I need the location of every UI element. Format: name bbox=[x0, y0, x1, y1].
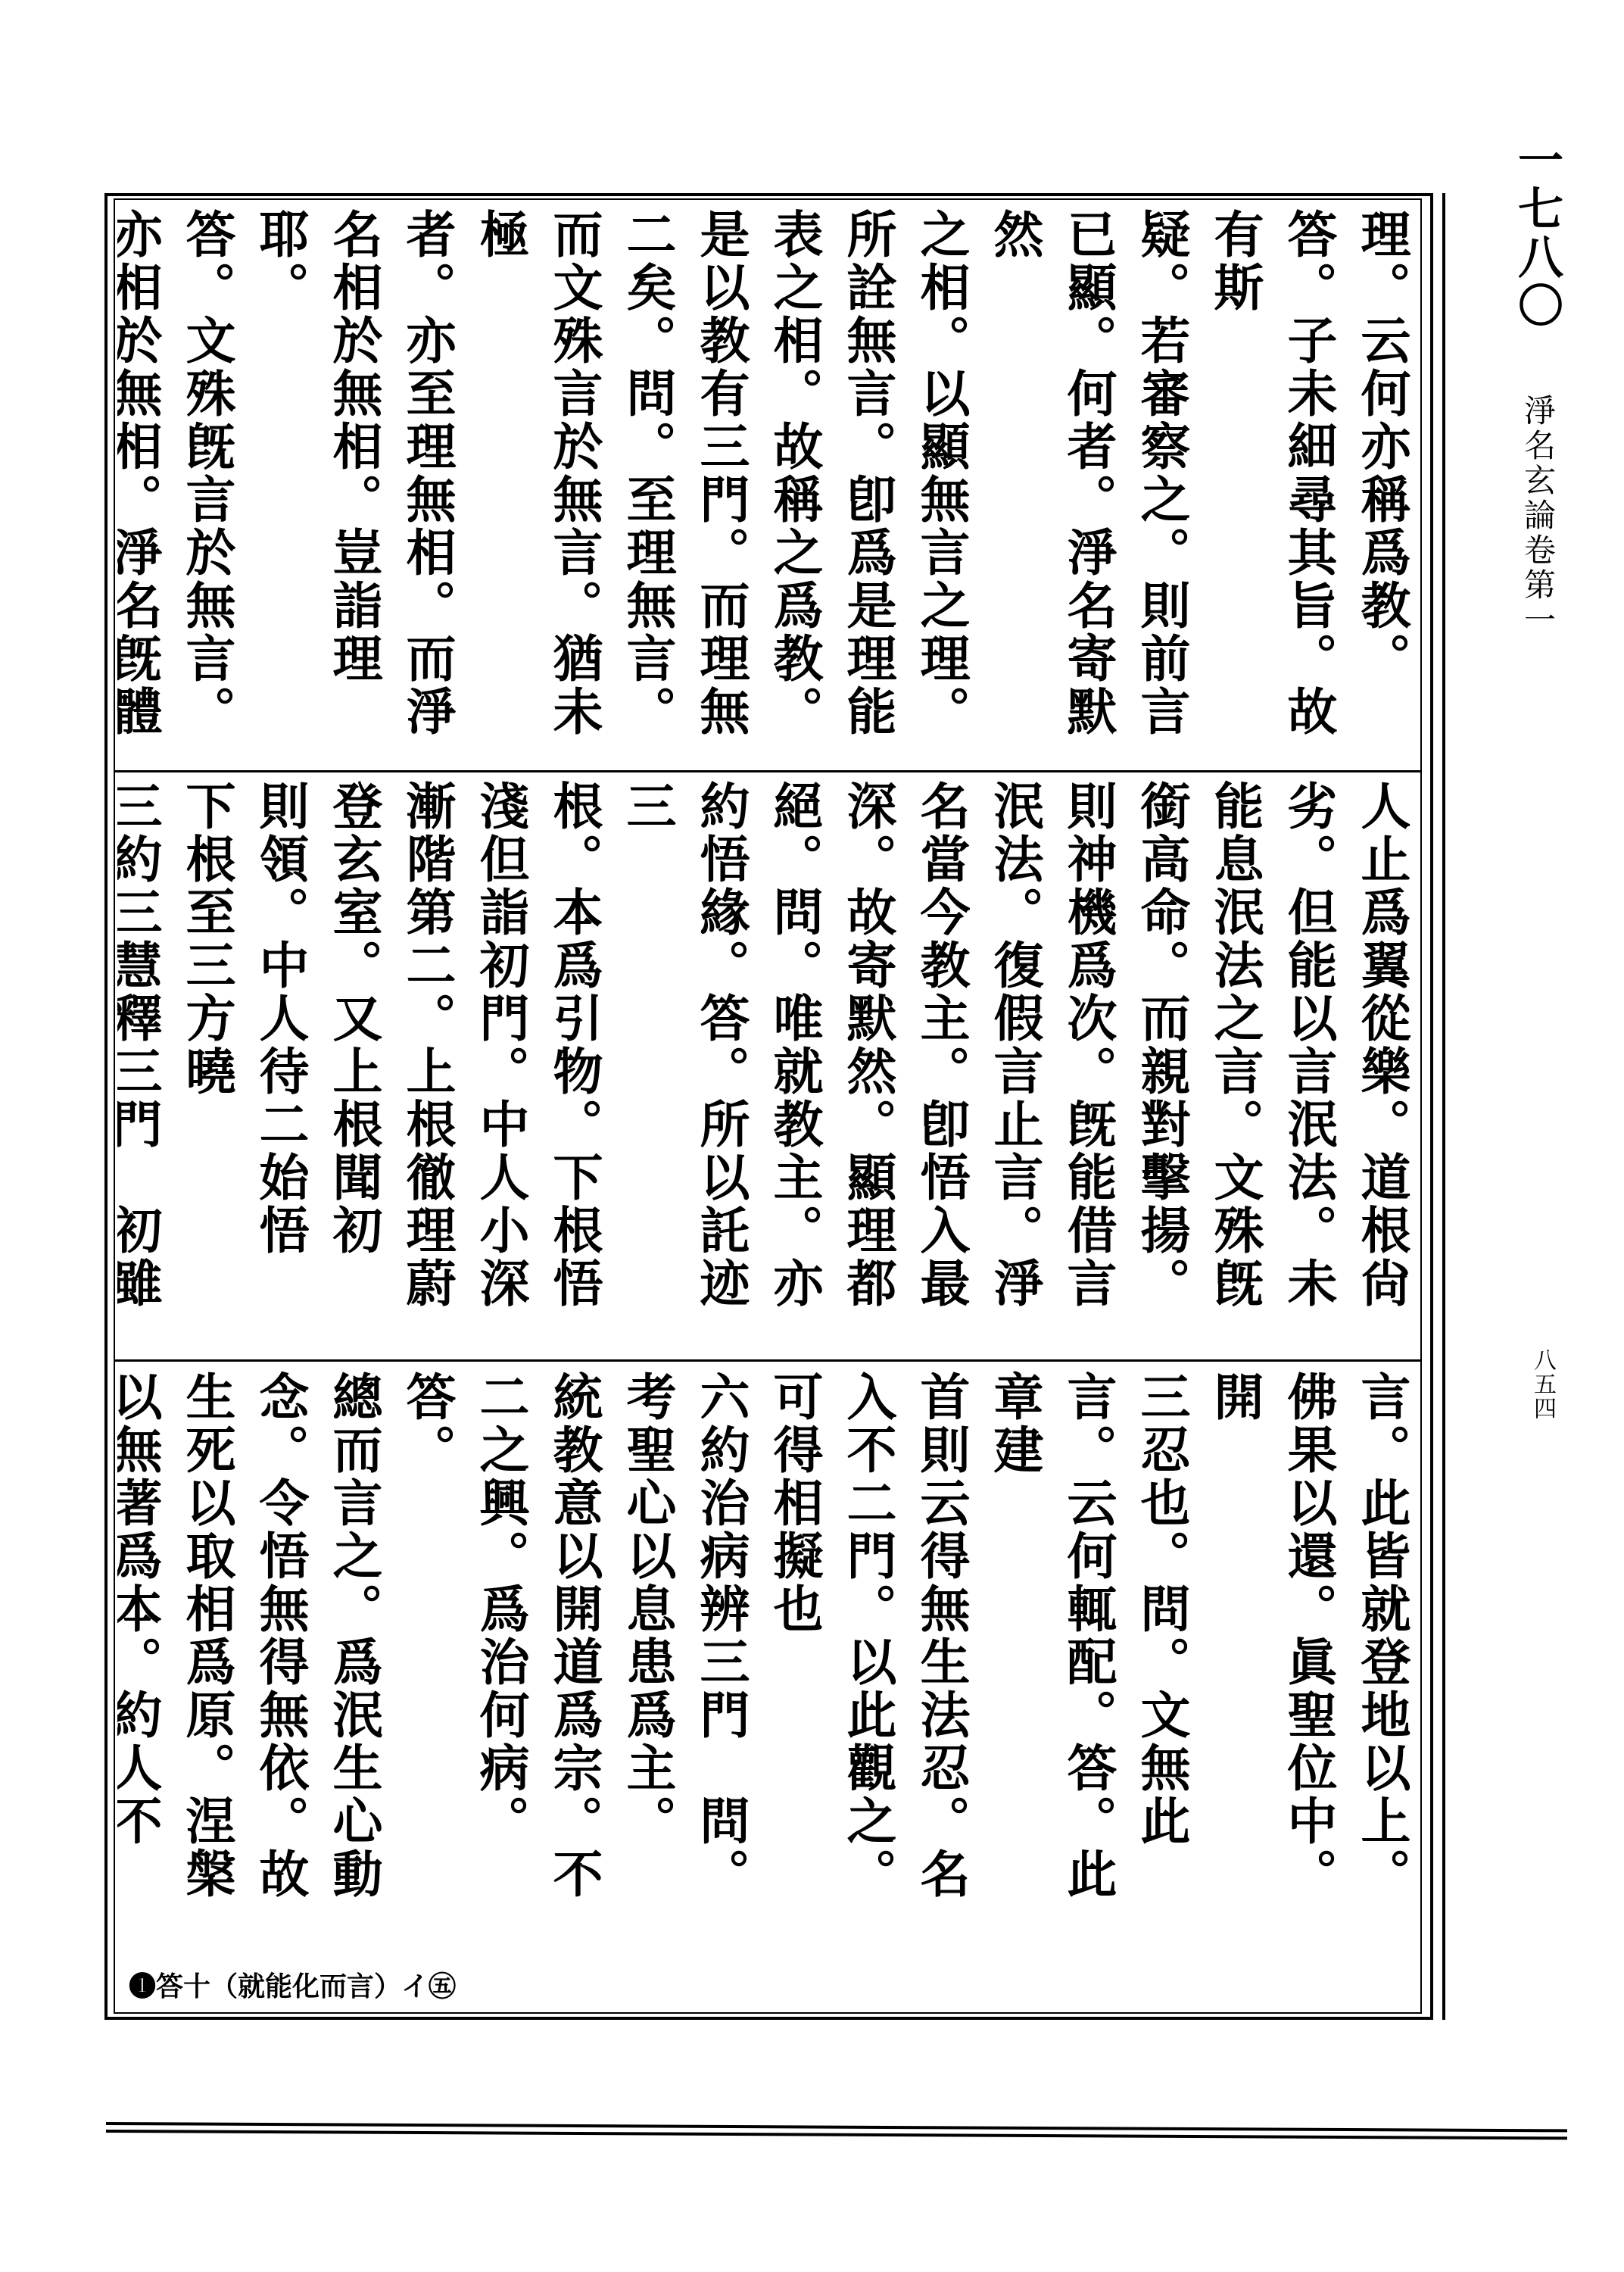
register-divider bbox=[114, 1359, 1422, 1362]
side-page-number: 八五四 bbox=[1526, 1348, 1559, 1421]
text-register-bottom: 言。此皆就登地以上。佛果以還。眞聖位中。開 三忍也。問。文無此言。云何輒配。答。… bbox=[117, 1371, 1418, 1946]
text-register-top: 理。云何亦稱爲教。答。子未細尋其旨。故有斯 疑。若審察之。則前言已顯。何者。淨名… bbox=[117, 208, 1418, 765]
margin-rule bbox=[1442, 193, 1445, 2020]
register-text: 理。云何亦稱爲教。答。子未細尋其旨。故有斯 疑。若審察之。則前言已顯。何者。淨名… bbox=[117, 208, 1418, 765]
register-text: 言。此皆就登地以上。佛果以還。眞聖位中。開 三忍也。問。文無此言。云何輒配。答。… bbox=[117, 1371, 1418, 1946]
footnote: ❶答十（就能化而言）イ㊄ bbox=[129, 1965, 456, 2004]
page-number: 一七八〇 bbox=[1514, 136, 1560, 330]
register-text: 人止爲翼從樂。道根尙劣。但能以言泯法。未 能息泯法之言。文殊旣銜高命。而親對擊揚… bbox=[117, 780, 1418, 1340]
register-divider bbox=[114, 770, 1422, 772]
text-register-middle: 人止爲翼從樂。道根尙劣。但能以言泯法。未 能息泯法之言。文殊旣銜高命。而親對擊揚… bbox=[117, 780, 1418, 1340]
running-title: 淨名玄論卷第一 bbox=[1522, 394, 1554, 638]
